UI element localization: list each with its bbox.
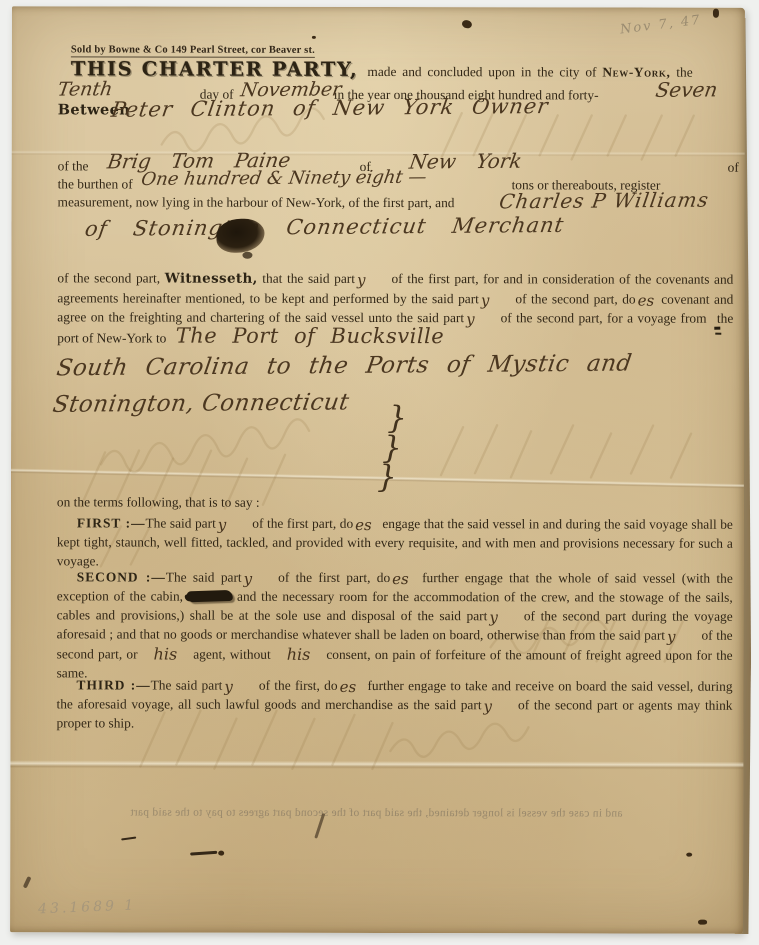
handwritten-y: y <box>479 291 516 309</box>
handwritten-party2: Charles P Williams <box>498 188 711 214</box>
print-text: of the first part, do <box>252 516 353 531</box>
pencil-note-top-right: Nov 7, 47 <box>619 13 702 38</box>
witnesseth-word: Witnesseth, <box>165 271 258 287</box>
ink-mark <box>23 876 32 889</box>
first-label: FIRST :— <box>77 515 146 530</box>
measurement-line: measurement, now lying in the harbour of… <box>58 194 455 211</box>
handwritten-y: y <box>222 678 259 696</box>
edge-speck <box>713 9 719 18</box>
handwritten-y: y <box>487 608 524 626</box>
witnesseth-paragraph: of the second part, Witnesseth, that the… <box>57 268 733 348</box>
ink-speck <box>686 853 692 857</box>
handwritten-year: Seven <box>654 77 719 102</box>
print-text: that the said part <box>262 271 355 286</box>
print-text: agent, without <box>193 647 271 662</box>
handwritten-y: y <box>464 310 501 328</box>
print-text: of the second part, for a voyage from <box>501 310 707 325</box>
ink-dash <box>190 851 217 856</box>
print-text: of the second part, <box>57 270 160 285</box>
print-text: The said part <box>145 516 215 531</box>
burthen-label: the burthen of <box>58 176 133 192</box>
handwritten-y: y <box>216 516 253 534</box>
print-text: part, do <box>594 291 636 306</box>
handwritten-party2-line2: of Stonington Connecticut Merchant <box>83 213 566 241</box>
of-label-2: of <box>728 160 739 176</box>
handwritten-es: es <box>355 516 379 534</box>
printer-imprint: Sold by Bowne & Co 149 Pearl Street, cor… <box>71 44 315 58</box>
print-text: The said part <box>151 678 223 693</box>
third-clause-paragraph: THIRD :—The said partyof the first, does… <box>56 675 732 733</box>
handwritten-y: y <box>482 697 519 715</box>
print-text: The said part <box>166 570 242 585</box>
pencil-catalog-number: 43.1689 1 <box>38 897 137 917</box>
handwritten-party1: Peter Clinton of New York Owner <box>110 94 551 122</box>
handwritten-day: Tenth <box>56 78 114 100</box>
third-label: THIRD :— <box>77 677 151 692</box>
handwritten-y: y <box>242 570 279 588</box>
ink-blot-stonington <box>216 219 264 253</box>
handwritten-y: y <box>355 271 392 289</box>
handwritten-his: his <box>138 644 194 663</box>
handwritten-tonnage: One hundred & Ninety eight — <box>140 167 428 190</box>
handwritten-es: es <box>340 678 364 696</box>
ink-speck <box>218 851 224 856</box>
print-text: of the first, do <box>259 678 338 693</box>
handwritten-es: es <box>392 570 416 588</box>
print-text: of the second <box>515 291 593 306</box>
print-text: of the first part, do <box>278 570 390 585</box>
ink-speck <box>312 36 316 39</box>
bleedthrough-sentence: and in case the vessel is longer detaine… <box>38 806 714 819</box>
handwritten-es: es <box>638 292 662 310</box>
scanned-document-background: Nov 7, 47 Sold by Bowne & Co 149 Pearl S… <box>0 0 759 945</box>
first-clause-paragraph: FIRST :—The said partyof the first part,… <box>57 513 733 571</box>
handwritten-destination-start: The Port of Bucksville <box>176 324 445 349</box>
second-label: SECOND :— <box>77 569 166 584</box>
title-line: THIS CHARTER PARTY, made and concluded u… <box>71 57 743 81</box>
handwritten-destination-line1: South Carolina to the Ports of Mystic an… <box>55 351 634 382</box>
intro-text: made and concluded upon in the city of N… <box>367 64 692 81</box>
second-clause-paragraph: SECOND :—The said partyof the first part… <box>57 567 733 683</box>
handwritten-y: y <box>665 628 702 646</box>
intro-a: made and concluded upon in the city of <box>367 64 596 79</box>
of-the-label: of the <box>58 158 89 174</box>
ink-spot <box>461 19 473 29</box>
handwritten-destination-line2: Stonington, Connecticut <box>51 389 351 417</box>
handwritten-brace: } <box>377 462 397 493</box>
ink-blot-redaction <box>187 590 233 603</box>
handwritten-his: his <box>271 645 327 664</box>
edge-speck <box>698 920 707 925</box>
ink-dash <box>121 836 136 840</box>
terms-lead: on the terms following, that is to say : <box>57 494 260 510</box>
charter-party-document: Nov 7, 47 Sold by Bowne & Co 149 Pearl S… <box>10 6 745 934</box>
